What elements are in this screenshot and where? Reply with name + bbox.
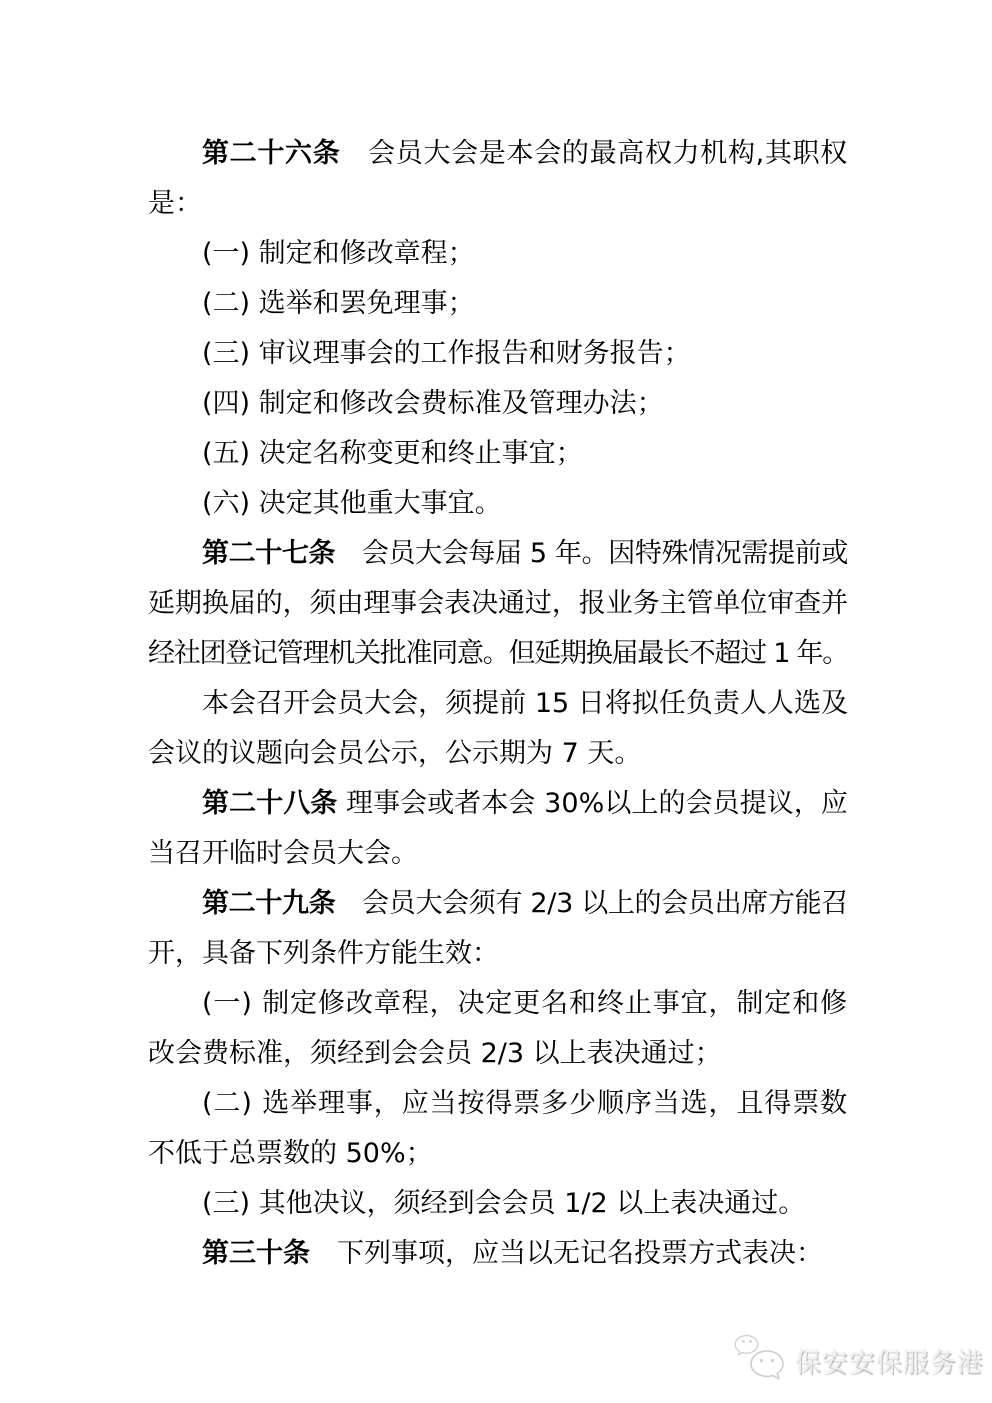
article-number: 第三十条: [202, 1238, 310, 1269]
body-text: 理事会或者本会 30%以上的会员提议，应: [337, 788, 848, 819]
text-line: (一) 制定和修改章程；: [148, 229, 848, 279]
body-text: 会议的议题向会员公示，公示期为 7 天。: [148, 738, 641, 769]
text-line: 改会费标准，须经到会会员 2/3 以上表决通过；: [148, 1029, 848, 1079]
text-line: (一) 制定修改章程，决定更名和终止事宜，制定和修: [148, 979, 848, 1029]
article-line: 第二十八条 理事会或者本会 30%以上的会员提议，应: [148, 779, 848, 829]
bylaws-text-block: 第二十六条 会员大会是本会的最高权力机构,其职权是：(一) 制定和修改章程；(二…: [148, 129, 848, 1279]
body-text: 延期换届的，须由理事会表决通过，报业务主管单位审查并: [148, 588, 848, 619]
body-text: 经社团登记管理机关批准同意。但延期换届最长不超过 1 年。: [148, 638, 848, 669]
text-line: 经社团登记管理机关批准同意。但延期换届最长不超过 1 年。: [148, 629, 848, 679]
wechat-icon: [734, 1332, 788, 1388]
text-line: (五) 决定名称变更和终止事宜；: [148, 429, 848, 479]
article-line: 第二十六条 会员大会是本会的最高权力机构,其职权: [148, 129, 848, 179]
article-line: 第二十九条 会员大会须有 2/3 以上的会员出席方能召: [148, 879, 848, 929]
text-line: 当召开临时会员大会。: [148, 829, 848, 879]
text-line: 会议的议题向会员公示，公示期为 7 天。: [148, 729, 848, 779]
text-line: 是：: [148, 179, 848, 229]
body-text: 会员大会是本会的最高权力机构,其职权: [340, 138, 848, 169]
text-line: (二) 选举和罢免理事；: [148, 279, 848, 329]
body-text: 开，具备下列条件方能生效：: [148, 938, 499, 969]
body-text: (一) 制定修改章程，决定更名和终止事宜，制定和修: [202, 988, 848, 1019]
body-text: 会员大会须有 2/3 以上的会员出席方能召: [335, 888, 848, 919]
article-line: 第二十七条 会员大会每届 5 年。因特殊情况需提前或: [148, 529, 848, 579]
text-line: (四) 制定和修改会费标准及管理办法；: [148, 379, 848, 429]
body-text: 会员大会每届 5 年。因特殊情况需提前或: [335, 538, 848, 569]
text-line: (六) 决定其他重大事宜。: [148, 479, 848, 529]
text-line: (二) 选举理事，应当按得票多少顺序当选，且得票数: [148, 1079, 848, 1129]
body-text: 当召开临时会员大会。: [148, 838, 418, 869]
article-number: 第二十九条: [202, 888, 335, 919]
body-text: (五) 决定名称变更和终止事宜；: [202, 438, 583, 469]
text-line: (三) 其他决议，须经到会会员 1/2 以上表决通过。: [148, 1179, 848, 1229]
text-line: 本会召开会员大会，须提前 15 日将拟任负责人人选及: [148, 679, 848, 729]
text-line: 延期换届的，须由理事会表决通过，报业务主管单位审查并: [148, 579, 848, 629]
text-line: (三) 审议理事会的工作报告和财务报告；: [148, 329, 848, 379]
body-text: 不低于总票数的 50%；: [148, 1138, 433, 1169]
body-text: (六) 决定其他重大事宜。: [202, 488, 502, 519]
article-number: 第二十八条: [202, 788, 337, 819]
watermark-label: 保安安保服务港: [795, 1342, 984, 1379]
body-text: (一) 制定和修改章程；: [202, 238, 475, 269]
document-page: 第二十六条 会员大会是本会的最高权力机构,其职权是：(一) 制定和修改章程；(二…: [0, 0, 992, 1403]
body-text: 下列事项，应当以无记名投票方式表决：: [310, 1238, 823, 1269]
text-line: 不低于总票数的 50%；: [148, 1129, 848, 1179]
body-text: (四) 制定和修改会费标准及管理办法；: [202, 388, 664, 419]
body-text: 本会召开会员大会，须提前 15 日将拟任负责人人选及: [202, 688, 848, 719]
body-text: (三) 审议理事会的工作报告和财务报告；: [202, 338, 691, 369]
text-line: 开，具备下列条件方能生效：: [148, 929, 848, 979]
body-text: 改会费标准，须经到会会员 2/3 以上表决通过；: [148, 1038, 722, 1069]
article-line: 第三十条 下列事项，应当以无记名投票方式表决：: [148, 1229, 848, 1279]
body-text: 是：: [148, 188, 202, 219]
article-number: 第二十七条: [202, 538, 335, 569]
article-number: 第二十六条: [202, 138, 340, 169]
body-text: (二) 选举理事，应当按得票多少顺序当选，且得票数: [202, 1088, 848, 1119]
watermark: 保安安保服务港: [734, 1332, 984, 1388]
body-text: (二) 选举和罢免理事；: [202, 288, 475, 319]
body-text: (三) 其他决议，须经到会会员 1/2 以上表决通过。: [202, 1188, 805, 1219]
